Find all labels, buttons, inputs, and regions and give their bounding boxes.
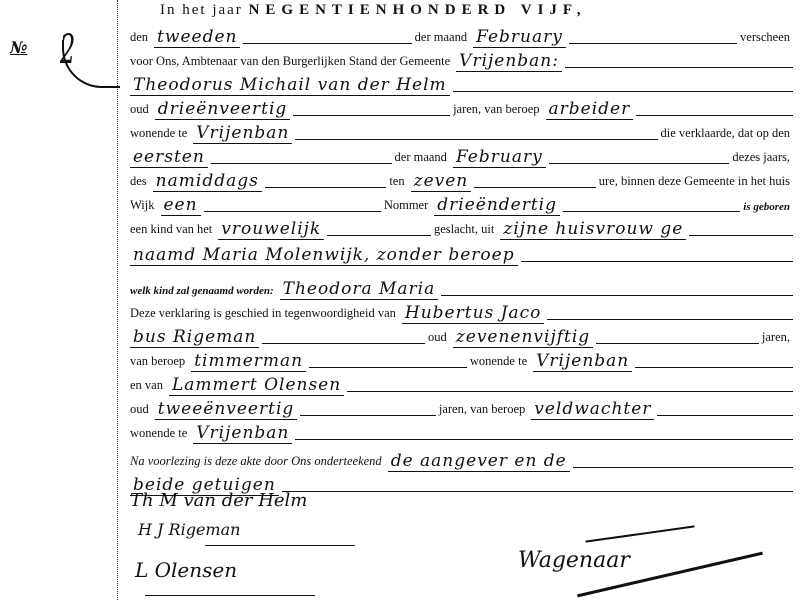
record-line: en vanLammert Olensen xyxy=(130,370,796,396)
handwritten-entry: Vrijenban xyxy=(193,424,292,444)
fill-line xyxy=(563,210,740,212)
record-line: Theodorus Michail van der Helm xyxy=(130,70,796,96)
record-number-label: № xyxy=(10,38,27,57)
record-line: Deze verklaring is geschied in tegenwoor… xyxy=(130,298,796,324)
fill-line xyxy=(636,114,793,116)
fill-line xyxy=(282,490,793,492)
document-title: In het jaar NEGENTIENHONDERD VIJF, xyxy=(160,2,586,19)
record-line: wonende teVrijenbandie verklaarde, dat o… xyxy=(130,118,796,144)
fill-line xyxy=(474,186,596,188)
record-line: een kind van hetvrouwelijkgeslacht, uitz… xyxy=(130,214,796,240)
record-number: 2 xyxy=(60,30,75,70)
fill-line xyxy=(549,162,730,164)
fill-line xyxy=(689,234,793,236)
fill-line xyxy=(347,390,793,392)
printed-text: een kind van het xyxy=(130,222,212,240)
fill-line xyxy=(204,210,381,212)
printed-text: geslacht, uit xyxy=(434,222,494,240)
fill-line xyxy=(569,42,737,44)
fill-line xyxy=(300,414,436,416)
record-line: bus Rigemanoudzevenenvijftigjaren, xyxy=(130,322,796,348)
record-line: van beroeptimmermanwonende teVrijenban xyxy=(130,346,796,372)
signature-flourish xyxy=(585,525,694,542)
signature-registrar: Wagenaar xyxy=(518,548,630,573)
fill-line xyxy=(657,414,793,416)
record-line: eerstender maandFebruarydezes jaars, xyxy=(130,142,796,168)
record-line: WijkeenNommerdrieëndertigis geboren xyxy=(130,190,796,216)
fill-line xyxy=(262,342,425,344)
record-line: welk kind zal genaamd worden:Theodora Ma… xyxy=(130,274,796,300)
record-line: desnamiddagstenzevenure, binnen deze Gem… xyxy=(130,166,796,192)
fill-line xyxy=(295,438,793,440)
signature-witness-2: L Olensen xyxy=(135,558,237,582)
record-line: ouddrieënveertigjaren, van beroeparbeide… xyxy=(130,94,796,120)
fill-line xyxy=(453,90,793,92)
record-line: dentweedender maandFebruaryverscheen xyxy=(130,22,796,48)
fill-line xyxy=(521,260,793,262)
handwritten-entry: zijne huisvrouw ge xyxy=(500,220,686,240)
handwritten-entry: naamd Maria Molenwijk, zonder beroep xyxy=(130,246,518,266)
record-line: oudtweeënveertigjaren, van beroepveldwac… xyxy=(130,394,796,420)
fill-line xyxy=(293,114,450,116)
handwritten-entry: vrouwelijk xyxy=(218,220,324,240)
fill-line xyxy=(211,162,392,164)
record-line: wonende teVrijenban xyxy=(130,418,796,444)
printed-text: wonende te xyxy=(130,426,187,444)
fill-line xyxy=(243,42,411,44)
fill-line xyxy=(635,366,793,368)
title-year: NEGENTIENHONDERD VIJF, xyxy=(249,2,587,18)
record-line: Na voorlezing is deze akte door Ons onde… xyxy=(130,446,796,472)
fill-line xyxy=(265,186,387,188)
fill-line xyxy=(441,294,793,296)
record-line: voor Ons, Ambtenaar van den Burgerlijken… xyxy=(130,46,796,72)
fill-line xyxy=(547,318,793,320)
title-prefix: In het jaar xyxy=(160,2,243,18)
fill-line xyxy=(573,466,793,468)
fill-line xyxy=(565,66,793,68)
record-line: naamd Maria Molenwijk, zonder beroep xyxy=(130,240,796,266)
signature-witness-1: H J Rigeman xyxy=(138,520,240,539)
fill-line xyxy=(309,366,467,368)
fill-line xyxy=(327,234,431,236)
fill-line xyxy=(596,342,759,344)
fill-line xyxy=(295,138,657,140)
signature-underline xyxy=(205,545,355,546)
signature-underline xyxy=(145,595,315,596)
signature-declarant: Th M van der Helm xyxy=(130,490,307,511)
margin-rule xyxy=(117,0,118,600)
